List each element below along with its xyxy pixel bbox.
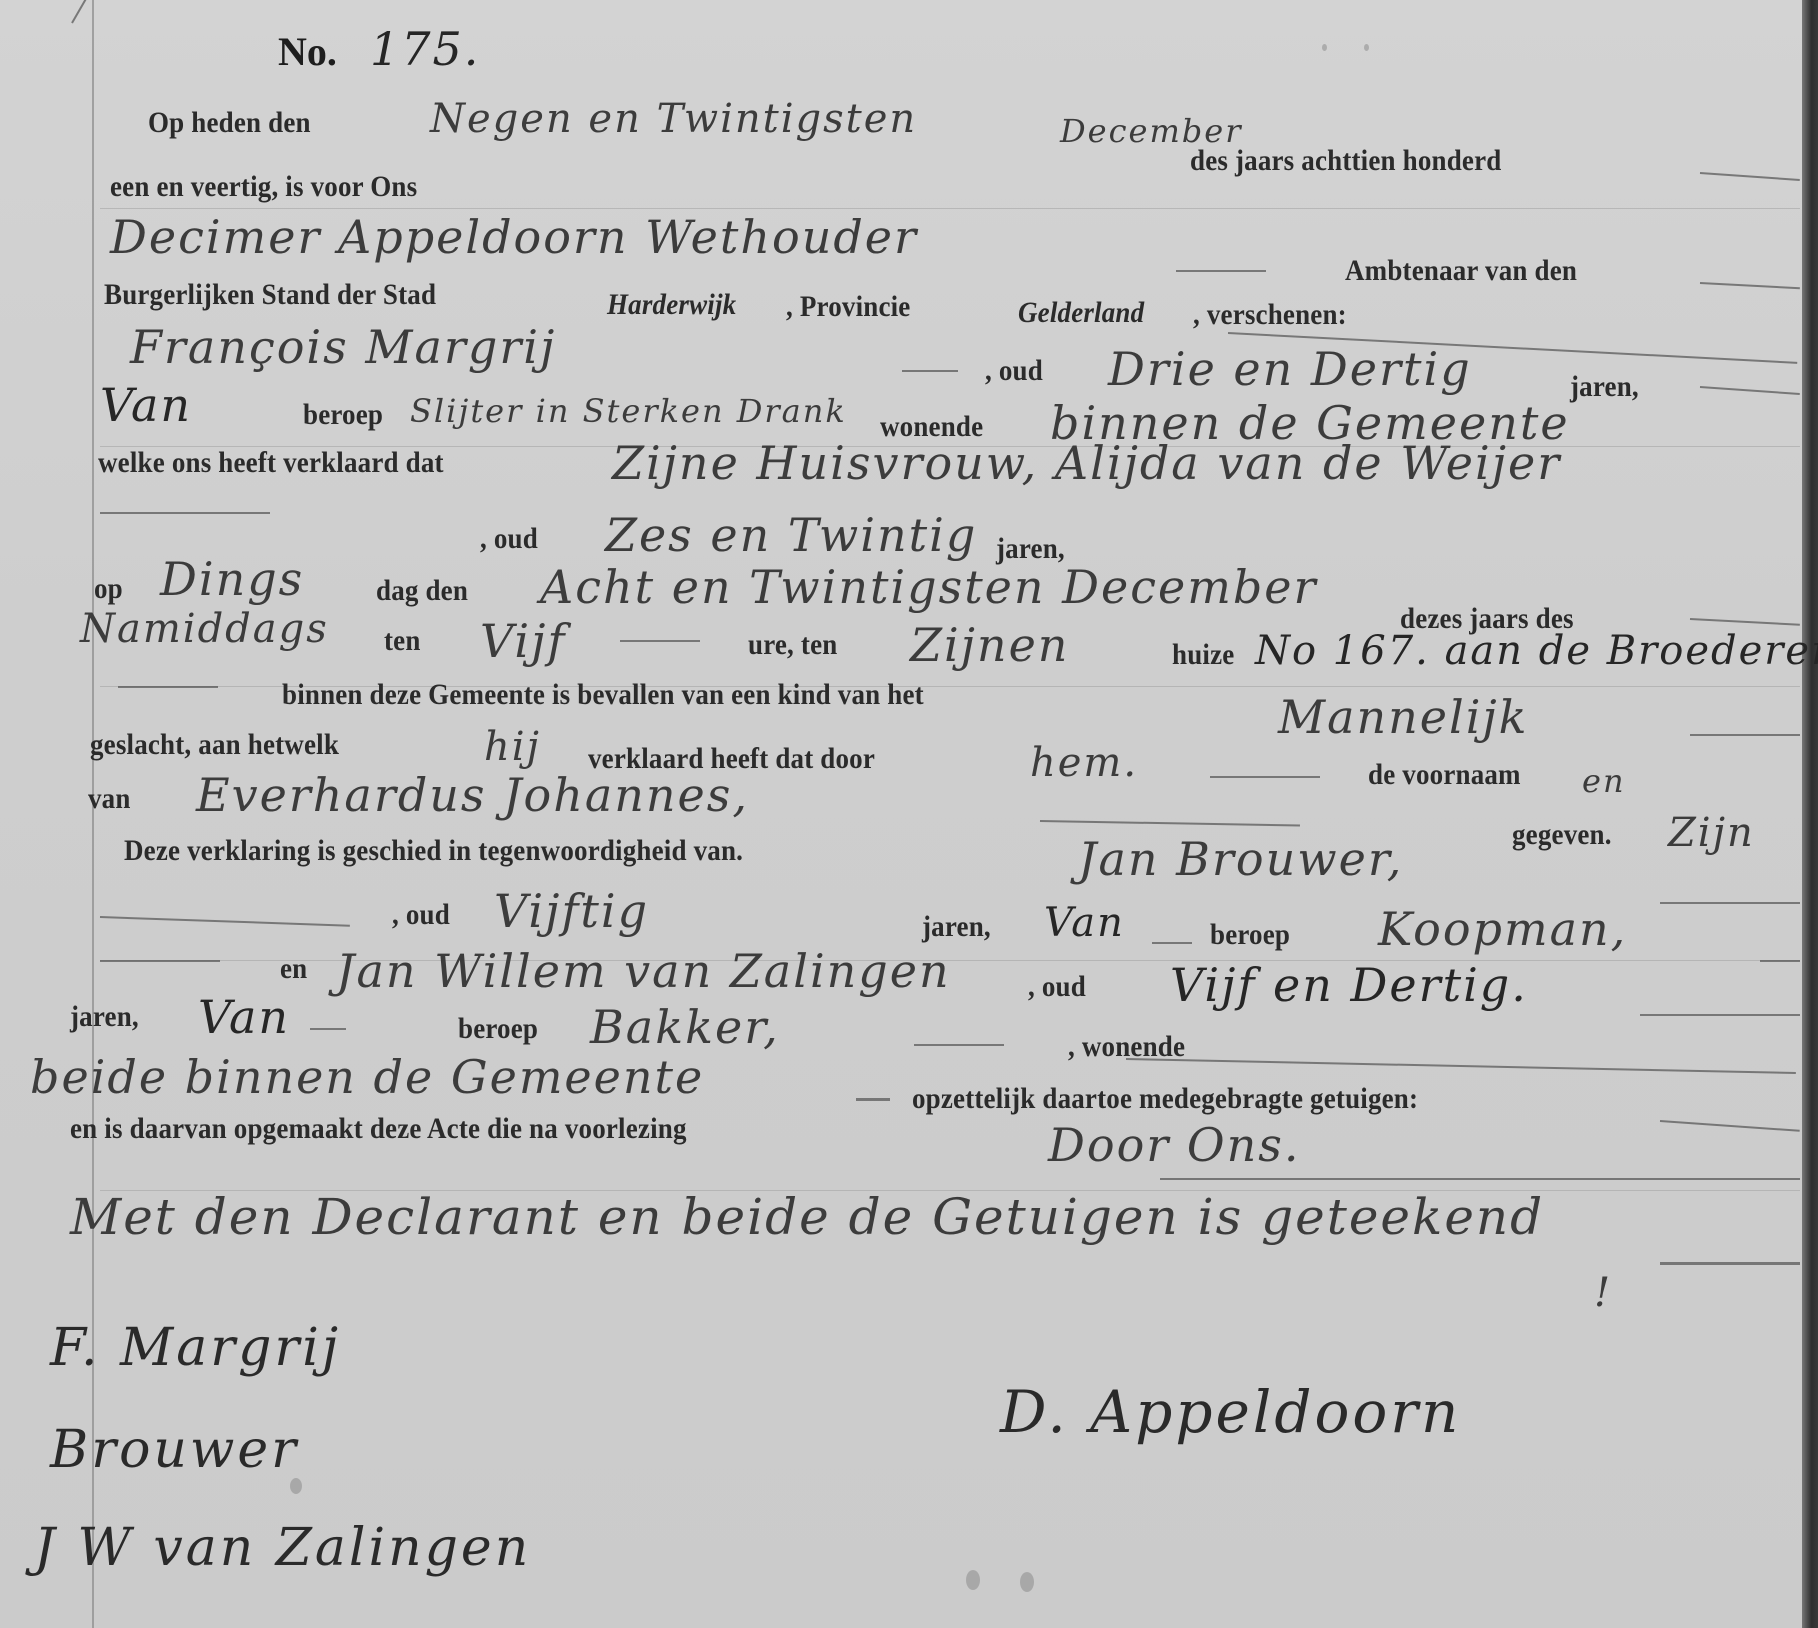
printed-text: jaren, — [922, 910, 991, 944]
handwritten-child-name: Everhardus Johannes, — [196, 768, 749, 822]
handwritten-sex: Mannelijk — [1278, 690, 1529, 744]
handwritten-weekday: Dings — [160, 552, 304, 606]
handwritten-exclamation: ! — [1594, 1270, 1612, 1316]
handwritten-van: Van — [100, 378, 192, 432]
fill-line — [1640, 1014, 1800, 1016]
handwritten-witness2-van: Van — [198, 990, 290, 1044]
stain — [290, 1478, 302, 1494]
handwritten-witness2-occupation: Bakker, — [590, 1000, 780, 1054]
printed-text: gegeven. — [1512, 818, 1612, 852]
printed-text: beroep — [1210, 918, 1290, 952]
printed-city: Harderwijk — [607, 288, 736, 322]
printed-text: , oud — [480, 522, 538, 556]
printed-text: Op heden den — [148, 106, 311, 140]
stain — [1364, 44, 1369, 51]
printed-text: op — [94, 572, 123, 606]
printed-text: , verschenen: — [1193, 298, 1347, 332]
printed-text: jaren, — [1570, 370, 1639, 404]
fill-line — [1176, 270, 1266, 272]
handwritten-hour: Vijf — [480, 614, 566, 668]
handwritten-zijn: Zijn — [1668, 810, 1755, 856]
printed-text: Burgerlijken Stand der Stad — [104, 278, 436, 312]
fill-line — [100, 960, 220, 962]
printed-text: beroep — [458, 1012, 538, 1046]
handwritten-official: Decimer Appeldoorn Wethouder — [110, 210, 918, 264]
fill-line — [1152, 942, 1192, 944]
printed-text: ten — [384, 624, 421, 658]
printed-text: van — [88, 782, 131, 816]
handwritten-time-of-day: Namiddags — [80, 606, 329, 652]
handwritten-witness1-van: Van — [1044, 900, 1125, 946]
printed-text: , Provincie — [786, 290, 910, 324]
stain — [1322, 44, 1327, 51]
signature-official: D. Appeldoorn — [1000, 1378, 1461, 1446]
fill-line — [310, 1028, 346, 1030]
printed-text: ure, ten — [748, 628, 837, 662]
printed-text: en is daarvan opgemaakt deze Acte die na… — [70, 1112, 687, 1146]
book-binding-edge — [1802, 0, 1818, 1628]
fill-line — [1660, 902, 1800, 904]
fill-line — [1660, 1120, 1800, 1132]
stain — [966, 1570, 980, 1590]
printed-text: Ambtenaar van den — [1345, 254, 1577, 288]
fill-line — [914, 1044, 1004, 1046]
handwritten-witness1-age: Vijftig — [494, 884, 649, 938]
handwritten-witness1-occupation: Koopman, — [1378, 902, 1627, 956]
fill-line — [1700, 282, 1800, 289]
printed-text: de voornaam — [1368, 758, 1521, 792]
fill-line — [1160, 1178, 1800, 1180]
fill-line — [1760, 960, 1800, 962]
fill-line — [1660, 1262, 1800, 1265]
fill-line — [1700, 172, 1800, 181]
printed-text: welke ons heeft verklaard dat — [98, 446, 444, 480]
handwritten-read-by: Door Ons. — [1048, 1118, 1300, 1172]
handwritten-witness1-name: Jan Brouwer, — [1078, 832, 1403, 886]
signature-declarant: F. Margrij — [50, 1318, 341, 1378]
fill-line — [620, 640, 700, 642]
fill-line — [100, 512, 270, 514]
handwritten-date-day: Negen en Twintigsten — [430, 96, 917, 142]
handwritten-house: Zijnen — [910, 618, 1069, 672]
record-number: 175. — [370, 22, 480, 76]
ruled-line — [100, 208, 1800, 209]
handwritten-wife-age: Zes en Twintig — [605, 508, 977, 562]
stain — [1020, 1572, 1034, 1592]
handwritten-witness2-name: Jan Willem van Zalingen — [336, 944, 951, 998]
printed-text: , oud — [392, 898, 450, 932]
fill-line — [902, 370, 958, 372]
printed-text: beroep — [303, 398, 383, 432]
printed-text: , oud — [985, 354, 1043, 388]
handwritten-birth-date: Acht en Twintigsten December — [540, 560, 1318, 614]
handwritten-closing: Met den Declarant en beide de Getuigen i… — [70, 1188, 1544, 1246]
fill-line — [118, 686, 218, 688]
printed-text: jaren, — [70, 1000, 139, 1034]
fill-line — [1700, 386, 1800, 395]
fill-line — [856, 1098, 890, 1101]
fill-line — [1210, 776, 1320, 778]
printed-text: opzettelijk daartoe medegebragte getuige… — [912, 1082, 1418, 1116]
fill-line — [1040, 820, 1300, 827]
fill-line — [1690, 618, 1800, 626]
ink-mark — [71, 0, 103, 24]
fill-line — [1690, 734, 1800, 736]
signature-witness2: J W van Zalingen — [34, 1518, 531, 1578]
printed-text: , oud — [1028, 970, 1086, 1004]
handwritten-en: en — [1582, 762, 1626, 800]
handwritten-witness2-age: Vijf en Dertig. — [1170, 958, 1528, 1012]
printed-text: dag den — [376, 574, 468, 608]
printed-text: een en veertig, is voor Ons — [110, 170, 417, 204]
fill-line — [1126, 1058, 1796, 1074]
handwritten-hij: hij — [484, 724, 541, 770]
handwritten-declarant-name: François Margrij — [130, 320, 556, 374]
handwritten-hem: hem. — [1030, 740, 1138, 786]
printed-text: en — [280, 952, 307, 986]
printed-text: huize — [1172, 638, 1234, 672]
handwritten-house-number: No 167. aan de Broederen — [1255, 628, 1818, 674]
fill-line — [100, 916, 350, 927]
printed-province: Gelderland — [1018, 296, 1144, 330]
printed-text: geslacht, aan hetwelk — [90, 728, 339, 762]
handwritten-declarant-occupation: Slijter in Sterken Drank — [410, 392, 847, 430]
handwritten-witnesses-residence: beide binnen de Gemeente — [30, 1050, 704, 1104]
printed-text: binnen deze Gemeente is bevallen van een… — [282, 678, 924, 712]
document-page: No. 175. Op heden den Negen en Twintigst… — [0, 0, 1818, 1628]
printed-text: Deze verklaring is geschied in tegenwoor… — [124, 834, 743, 868]
handwritten-wife: Zijne Huisvrouw, Alijda van de Weijer — [612, 436, 1561, 490]
signature-witness1: Brouwer — [50, 1420, 299, 1480]
handwritten-declarant-age: Drie en Dertig — [1108, 342, 1472, 396]
printed-text: des jaars achttien honderd — [1190, 144, 1501, 178]
record-number-label: No. — [278, 28, 337, 75]
